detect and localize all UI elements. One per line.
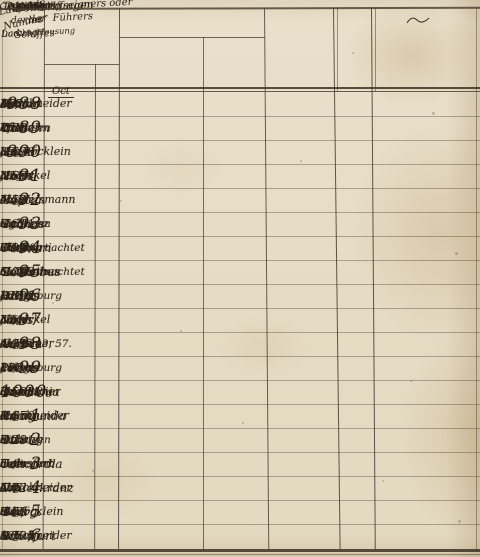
grid-line [0, 7, 480, 10]
header-cargo-weight-line3: Ladung [0, 26, 39, 41]
remark-text: ab [0, 212, 104, 236]
table-row: 35 ab„HainsfurtbeiliegendConcordialeerau… [0, 452, 480, 476]
table-row: 945¾ f8WernerSchwfurtOrdinari790ab, über… [0, 236, 480, 260]
table-row: 956¼ f„M. MathesSulzheimColumbus2089ab, … [0, 260, 480, 284]
grid-line [0, 549, 480, 552]
grid-line [337, 8, 338, 92]
table-row: 936 ab„Gg. LenzKitzingenUranus1611ab [0, 212, 480, 236]
table-row: 44 m10A. SchneiderbbgLiederkranz772auf [0, 476, 480, 500]
table-row: 25 ab„E. LangKitzingenOtto1281ab [0, 428, 480, 452]
table-row: 610¼ f„A. Schneiderbbg.Schwfurt1705auf. [0, 524, 480, 548]
month-label: Oct [48, 86, 74, 98]
table-row: 9911¾ m9J. NiglLindenburgPetrusleerauf [0, 356, 480, 380]
remark-text: auf. [0, 524, 104, 548]
remark-text: ab [0, 428, 104, 452]
remark-text: ab [0, 164, 104, 188]
table-row: 14¼ m„P. Schneiderbbg.Kunigunda1650auf [0, 404, 480, 428]
remark-text: auf [0, 500, 104, 524]
remark-text: ab [0, 140, 104, 164]
table-row: 891 m„PflanzKitzingenWilhelm238ab [0, 116, 480, 140]
grid-line [0, 554, 480, 555]
remark-text: auf [0, 356, 104, 380]
table-row: 913½ m„J. MerkelNbg.Noris1684ab [0, 164, 480, 188]
table-row: 10003½ m„Levi MaierRegensbgGermania1598a… [0, 380, 480, 404]
grid-line [119, 37, 265, 38]
remark-text: auf [0, 308, 104, 332]
remark-text: auf [0, 404, 104, 428]
remark-text: ab [0, 284, 104, 308]
remark-text: auf [0, 452, 104, 476]
table-row: 9610¼ f„J. NiglLindenburgPetrus1602ab [0, 284, 480, 308]
table-row: 59¼ f.11.B. Röckleinbbg.Georg.668auf [0, 500, 480, 524]
pen-flourish-icon [405, 12, 431, 31]
remark-text: auf, N.43, 57. [0, 332, 104, 356]
table-row: 98811 m.7A. SchneiderHaßfurtPanierleerab… [0, 92, 480, 116]
remark-text: ab, übernachtet [0, 236, 104, 260]
remark-text: ab [0, 380, 104, 404]
remark-text: ab, übernachtet [0, 260, 104, 284]
remark-text: auf [0, 476, 104, 500]
table-row: 9903 m„J.G. Röckleinbbg.Haver.1696ab [0, 140, 480, 164]
grid-line [375, 8, 376, 92]
grid-line [44, 64, 119, 65]
remark-text: ab [0, 116, 104, 140]
paper-speckle [352, 52, 354, 54]
remark-text: auf [0, 188, 104, 212]
table-row: 924¾ m„M. Weismannbbg.Neptun852auf [0, 188, 480, 212]
table-row: 984¾ m„A. Hümerbbg.Aurora994auf, N.43, 5… [0, 332, 480, 356]
ledger-page: Laufende Nummer Tag der Durchschleusung … [0, 0, 480, 557]
table-row: 973¾ m„J. MerkelNbg.Norisleerauf [0, 308, 480, 332]
